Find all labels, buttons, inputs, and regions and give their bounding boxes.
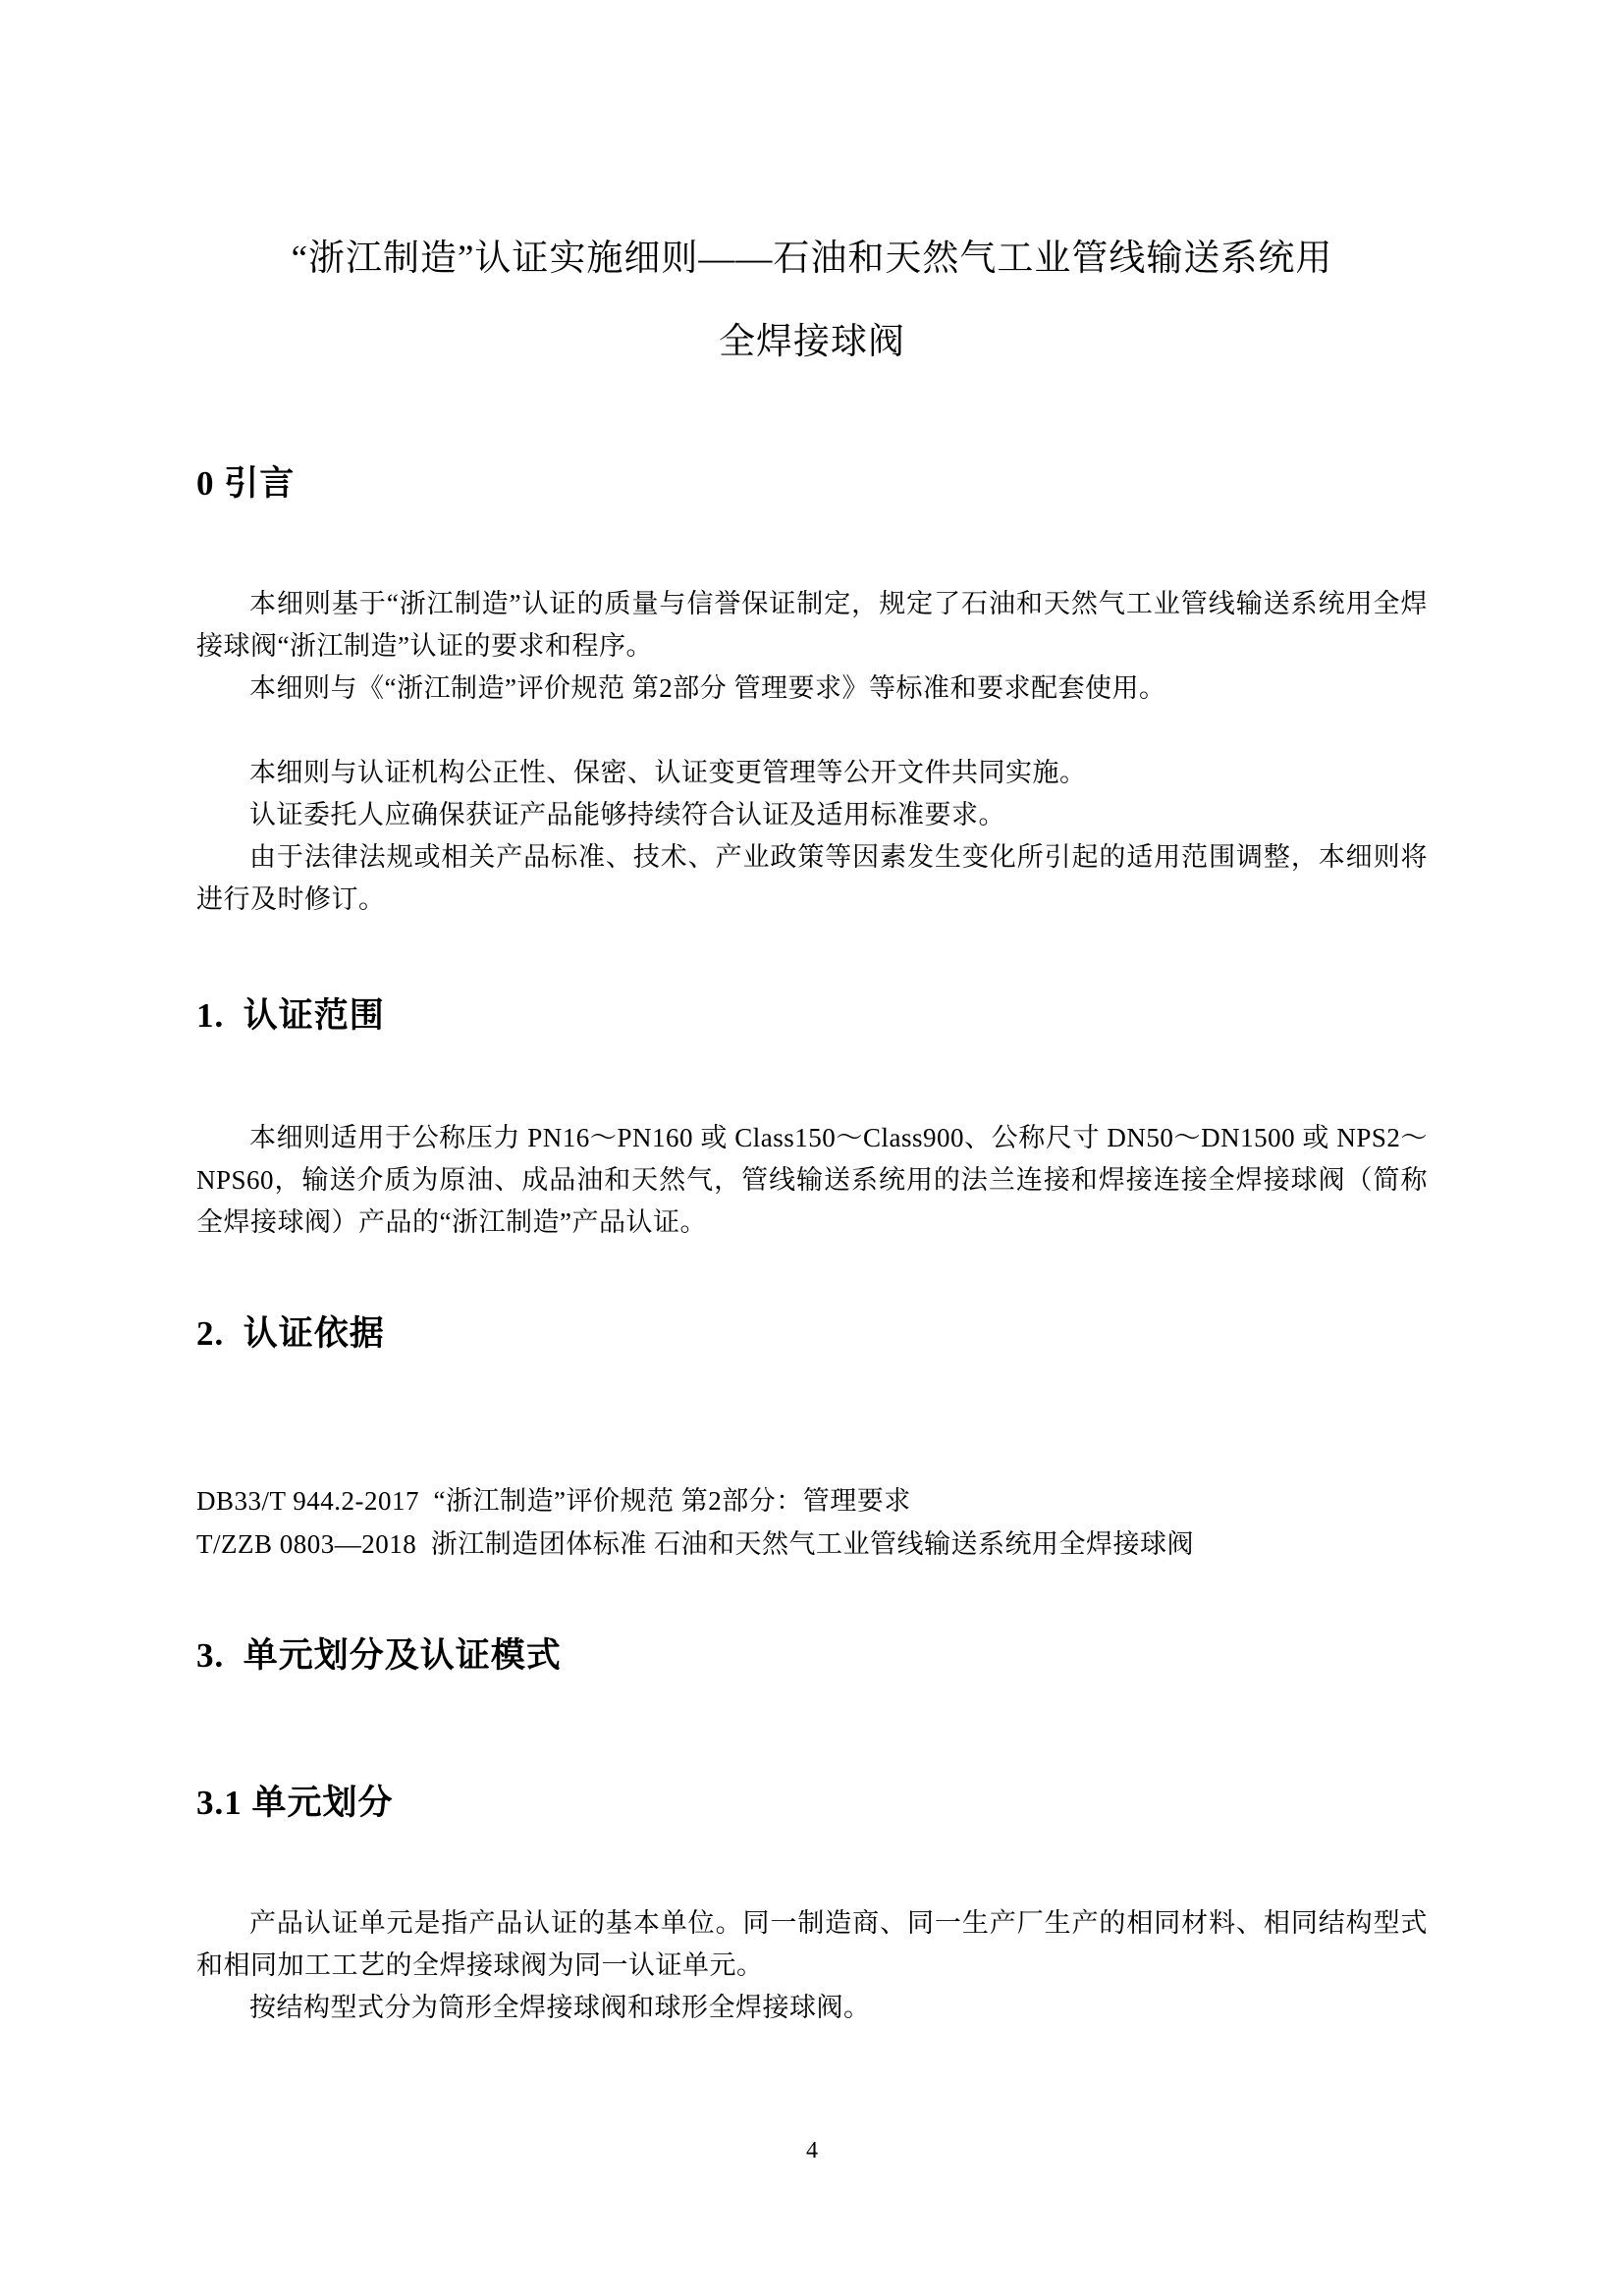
section-heading-units: 3. 单元划分及认证模式 (196, 1633, 1428, 1679)
document-page: “浙江制造”认证实施细则——石油和天然气工业管线输送系统用 全焊接球阀 0 引言… (0, 0, 1624, 2296)
paragraph-intro-2: 本细则与《“浙江制造”评价规范 第2部分 管理要求》等标准和要求配套使用。 (196, 667, 1428, 710)
intro-paragraph-group-2: 本细则与认证机构公正性、保密、认证变更管理等公开文件共同实施。 认证委托人应确保… (196, 752, 1428, 921)
intro-paragraph-group-1: 本细则基于“浙江制造”认证的质量与信誉保证制定，规定了石油和天然气工业管线输送系… (196, 583, 1428, 710)
section-heading-units-sub: 3.1 单元划分 (196, 1781, 1428, 1826)
paragraph-intro-1: 本细则基于“浙江制造”认证的质量与信誉保证制定，规定了石油和天然气工业管线输送系… (196, 583, 1428, 667)
paragraph-intro-3: 本细则与认证机构公正性、保密、认证变更管理等公开文件共同实施。 (196, 752, 1428, 794)
reference-list: DB33/T 944.2-2017 “浙江制造”评价规范 第2部分：管理要求 T… (196, 1479, 1428, 1566)
page-number: 4 (0, 2136, 1624, 2165)
reference-item-2: T/ZZB 0803—2018 浙江制造团体标准 石油和天然气工业管线输送系统用… (196, 1522, 1428, 1566)
paragraph-intro-5: 由于法律法规或相关产品标准、技术、产业政策等因素发生变化所引起的适用范围调整，本… (196, 836, 1428, 921)
document-title-line-1: “浙江制造”认证实施细则——石油和天然气工业管线输送系统用 (196, 0, 1428, 282)
reference-item-1: DB33/T 944.2-2017 “浙江制造”评价规范 第2部分：管理要求 (196, 1479, 1428, 1522)
paragraph-units-1: 产品认证单元是指产品认证的基本单位。同一制造商、同一生产厂生产的相同材料、相同结… (196, 1902, 1428, 1987)
paragraph-intro-4: 认证委托人应确保获证产品能够持续符合认证及适用标准要求。 (196, 794, 1428, 836)
units-paragraph-group: 产品认证单元是指产品认证的基本单位。同一制造商、同一生产厂生产的相同材料、相同结… (196, 1902, 1428, 2029)
scope-paragraph-group: 本细则适用于公称压力 PN16～PN160 或 Class150～Class90… (196, 1117, 1428, 1244)
section-heading-scope: 1. 认证范围 (196, 993, 1428, 1039)
paragraph-units-2: 按结构型式分为筒形全焊接球阀和球形全焊接球阀。 (196, 1987, 1428, 2029)
paragraph-scope-1: 本细则适用于公称压力 PN16～PN160 或 Class150～Class90… (196, 1117, 1428, 1244)
document-title-line-2: 全焊接球阀 (196, 320, 1428, 365)
section-heading-basis: 2. 认证依据 (196, 1311, 1428, 1357)
section-heading-intro: 0 引言 (196, 461, 1428, 507)
